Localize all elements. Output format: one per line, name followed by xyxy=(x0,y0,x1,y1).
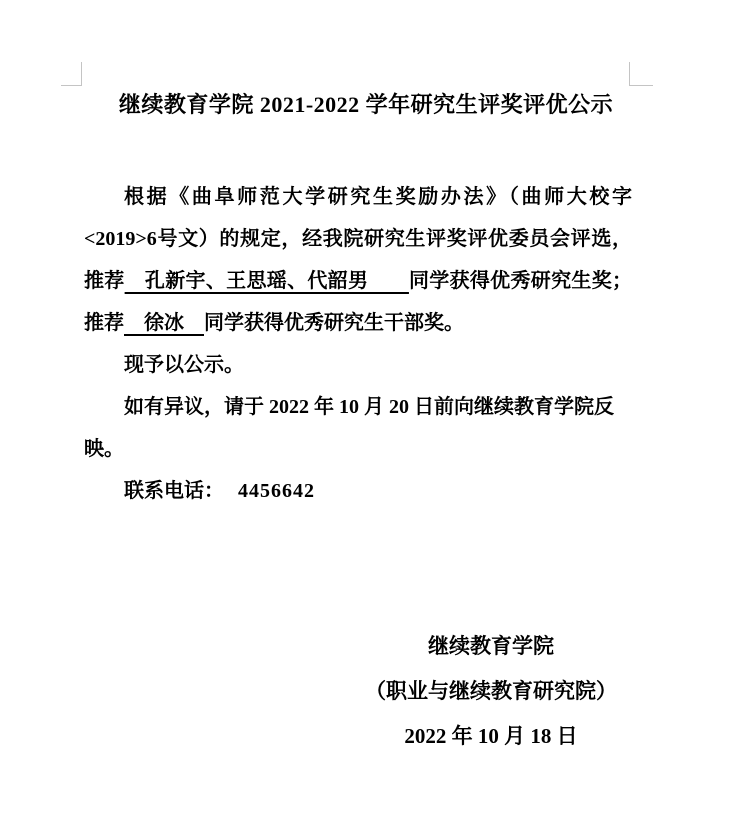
paragraph-text: 同学获得优秀研究生干部奖。 xyxy=(204,312,464,334)
margin-crop-mark-top-right xyxy=(629,62,653,86)
contact-line: 联系电话：4456642 xyxy=(84,470,632,512)
filled-blank-underlined: 孔新宇、王思瑶、代韶男 xyxy=(125,270,409,292)
document-content: 继续教育学院 2021-2022 学年研究生评奖评优公示 根据《曲阜师范大学研究… xyxy=(84,0,632,512)
document-title: 继续教育学院 2021-2022 学年研究生评奖评优公示 xyxy=(84,90,632,120)
body-paragraph: 根据《曲阜师范大学研究生奖励办法》（曲师大校字<2019>6号文）的规定，经我院… xyxy=(84,176,632,344)
announce-line: 现予以公示。 xyxy=(84,344,632,386)
document-body: 根据《曲阜师范大学研究生奖励办法》（曲师大校字<2019>6号文）的规定，经我院… xyxy=(84,176,632,512)
signature-date: 2022 年 10 月 18 日 xyxy=(330,714,652,759)
signature-org-sub: （职业与继续教育研究院） xyxy=(330,669,652,714)
contact-number: 4456642 xyxy=(238,480,315,502)
objection-line: 如有异议，请于 2022 年 10 月 20 日前向继续教育学院反映。 xyxy=(84,386,632,470)
contact-label: 联系电话： xyxy=(124,480,224,502)
signature-org: 继续教育学院 xyxy=(330,624,652,669)
margin-crop-mark-top-left xyxy=(61,62,82,86)
document-page: 继续教育学院 2021-2022 学年研究生评奖评优公示 根据《曲阜师范大学研究… xyxy=(0,0,741,814)
filled-blank-underlined: 徐冰 xyxy=(124,312,204,334)
signature-block: 继续教育学院 （职业与继续教育研究院） 2022 年 10 月 18 日 xyxy=(330,624,652,759)
